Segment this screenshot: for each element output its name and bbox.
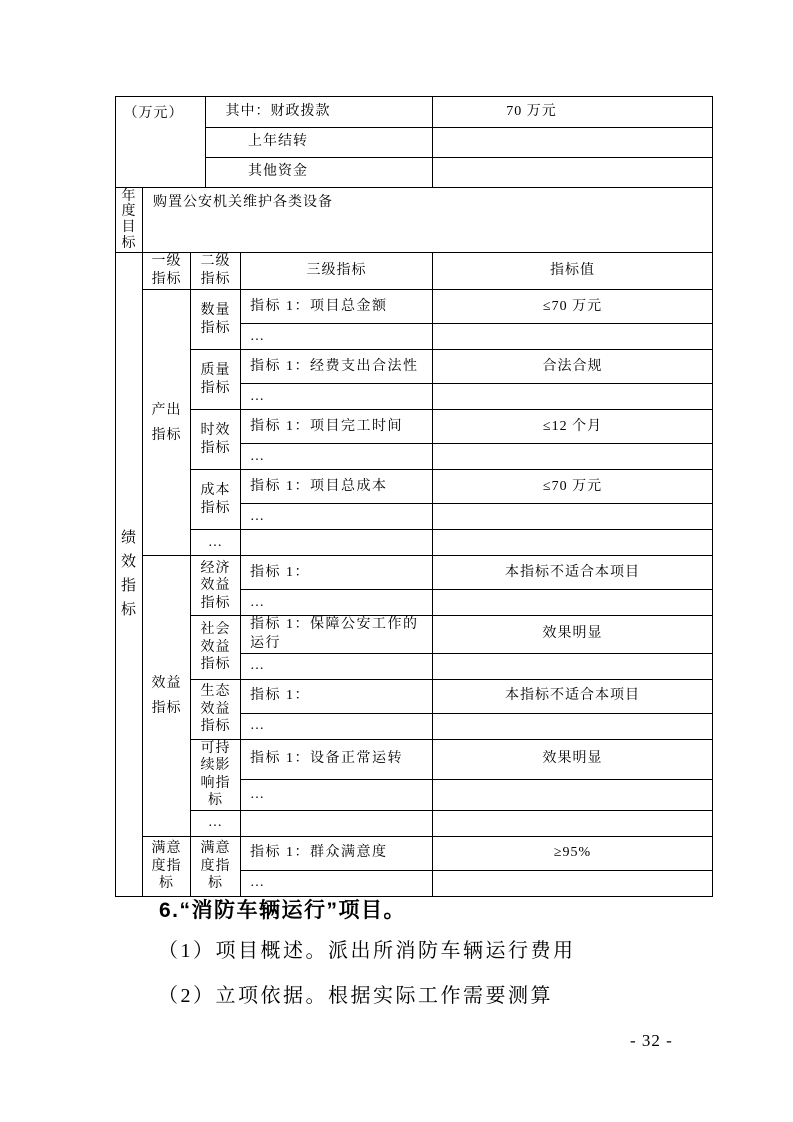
empty-value-cell bbox=[433, 324, 713, 350]
row-satisfaction-1: 满意 度指 标 满意 度指 标 指标 1：群众满意度 ≥95% bbox=[116, 836, 713, 870]
dots-cell: … bbox=[241, 870, 433, 896]
empty-l3-cell bbox=[241, 810, 433, 836]
indicator-value: 本指标不适合本项目 bbox=[433, 679, 713, 713]
empty-value-cell bbox=[433, 653, 713, 679]
sub-econ-label: 经济 效益 指标 bbox=[191, 556, 241, 616]
dots-cell: … bbox=[241, 324, 433, 350]
indicator-name: 指标 1：设备正常运转 bbox=[241, 739, 433, 779]
row-econ-1: 效益 指标 经济 效益 指标 指标 1： 本指标不适合本项目 bbox=[116, 556, 713, 590]
group-satisfaction-label: 满意 度指 标 bbox=[143, 836, 191, 896]
row-cost-1: 成本 指标 指标 1：项目总成本 ≤70 万元 bbox=[116, 470, 713, 504]
indicator-value: 效果明显 bbox=[433, 739, 713, 779]
dots-cell: … bbox=[241, 504, 433, 530]
dots-cell: … bbox=[241, 779, 433, 810]
empty-value-cell bbox=[433, 810, 713, 836]
dots-cell: … bbox=[241, 444, 433, 470]
page-number: - 32 - bbox=[630, 1031, 673, 1051]
row-benefit-dots: … bbox=[116, 810, 713, 836]
row-output-dots: … bbox=[116, 530, 713, 556]
empty-value-cell bbox=[433, 384, 713, 410]
budget-performance-table: （万元） 其中：财政拨款 70 万元 上年结转 其他资金 年 度 目 标 购置公… bbox=[115, 96, 713, 897]
fund-value-carryover bbox=[433, 128, 713, 158]
perf-side-label: 绩 效 指 标 bbox=[116, 253, 143, 897]
fund-label-treasury: 其中：财政拨款 bbox=[206, 97, 433, 128]
empty-l3-cell bbox=[241, 530, 433, 556]
paragraph-project-overview: （1）项目概述。派出所消防车辆运行费用 bbox=[158, 934, 576, 963]
row-quality-1: 质量 指标 指标 1：经费支出合法性 合法合规 bbox=[116, 350, 713, 384]
sub-cost-label: 成本 指标 bbox=[191, 470, 241, 530]
header-level1: 一级 指标 bbox=[143, 253, 191, 290]
annual-goal-label: 年 度 目 标 bbox=[116, 188, 143, 253]
sub-eco-label: 生态 效益 指标 bbox=[191, 679, 241, 739]
annual-goal-content: 购置公安机关维护各类设备 bbox=[143, 188, 713, 253]
sub-time-label: 时效 指标 bbox=[191, 410, 241, 470]
header-value: 指标值 bbox=[433, 253, 713, 290]
group-output-label: 产出 指标 bbox=[143, 290, 191, 556]
document-page: （万元） 其中：财政拨款 70 万元 上年结转 其他资金 年 度 目 标 购置公… bbox=[0, 0, 793, 1122]
dots-cell: … bbox=[241, 713, 433, 739]
indicator-value: ≤12 个月 bbox=[433, 410, 713, 444]
indicator-name: 指标 1：群众满意度 bbox=[241, 836, 433, 870]
sub-quality-label: 质量 指标 bbox=[191, 350, 241, 410]
header-level2: 二级 指标 bbox=[191, 253, 241, 290]
indicator-name: 指标 1：经费支出合法性 bbox=[241, 350, 433, 384]
annual-goal-row: 年 度 目 标 购置公安机关维护各类设备 bbox=[116, 188, 713, 253]
group-benefit-label: 效益 指标 bbox=[143, 556, 191, 836]
fund-value-treasury: 70 万元 bbox=[433, 97, 713, 128]
indicator-value: ≤70 万元 bbox=[433, 470, 713, 504]
empty-value-cell bbox=[433, 870, 713, 896]
sub-social-label: 社会 效益 指标 bbox=[191, 616, 241, 679]
indicator-value: 效果明显 bbox=[433, 616, 713, 653]
row-time-1: 时效 指标 指标 1：项目完工时间 ≤12 个月 bbox=[116, 410, 713, 444]
dots-cell: … bbox=[241, 384, 433, 410]
dots-cell: … bbox=[191, 810, 241, 836]
paragraph-project-basis: （2）立项依据。根据实际工作需要测算 bbox=[158, 979, 553, 1008]
indicator-name: 指标 1：项目总金额 bbox=[241, 290, 433, 324]
indicator-name: 指标 1： bbox=[241, 679, 433, 713]
indicator-value: 本指标不适合本项目 bbox=[433, 556, 713, 590]
sub-quantity-label: 数量 指标 bbox=[191, 290, 241, 350]
indicator-value: 合法合规 bbox=[433, 350, 713, 384]
fund-value-other bbox=[433, 158, 713, 188]
dots-cell: … bbox=[191, 530, 241, 556]
fund-row-treasury: （万元） 其中：财政拨款 70 万元 bbox=[116, 97, 713, 128]
row-sustain-1: 可持 续影 响指 标 指标 1：设备正常运转 效果明显 bbox=[116, 739, 713, 779]
fund-row-carryover: 上年结转 bbox=[116, 128, 713, 158]
fund-unit-cell: （万元） bbox=[116, 97, 206, 188]
indicator-name: 指标 1：项目总成本 bbox=[241, 470, 433, 504]
empty-value-cell bbox=[433, 779, 713, 810]
empty-value-cell bbox=[433, 713, 713, 739]
indicator-name: 指标 1：保障公安工作的运行 bbox=[241, 616, 433, 653]
empty-value-cell bbox=[433, 444, 713, 470]
empty-value-cell bbox=[433, 504, 713, 530]
empty-value-cell bbox=[433, 590, 713, 616]
indicator-name: 指标 1： bbox=[241, 556, 433, 590]
indicator-value: ≥95% bbox=[433, 836, 713, 870]
sub-sustain-label: 可持 续影 响指 标 bbox=[191, 739, 241, 810]
row-eco-1: 生态 效益 指标 指标 1： 本指标不适合本项目 bbox=[116, 679, 713, 713]
fund-row-other: 其他资金 bbox=[116, 158, 713, 188]
fund-label-carryover: 上年结转 bbox=[206, 128, 433, 158]
header-level3: 三级指标 bbox=[241, 253, 433, 290]
sub-satisfaction-label: 满意 度指 标 bbox=[191, 836, 241, 896]
row-social-1: 社会 效益 指标 指标 1：保障公安工作的运行 效果明显 bbox=[116, 616, 713, 653]
row-quantity-1: 产出 指标 数量 指标 指标 1：项目总金额 ≤70 万元 bbox=[116, 290, 713, 324]
empty-value-cell bbox=[433, 530, 713, 556]
fund-label-other: 其他资金 bbox=[206, 158, 433, 188]
dots-cell: … bbox=[241, 653, 433, 679]
indicator-value: ≤70 万元 bbox=[433, 290, 713, 324]
indicator-name: 指标 1：项目完工时间 bbox=[241, 410, 433, 444]
section-heading: 6.“消防车辆运行”项目。 bbox=[159, 894, 406, 924]
dots-cell: … bbox=[241, 590, 433, 616]
indicator-header-row: 绩 效 指 标 一级 指标 二级 指标 三级指标 指标值 bbox=[116, 253, 713, 290]
